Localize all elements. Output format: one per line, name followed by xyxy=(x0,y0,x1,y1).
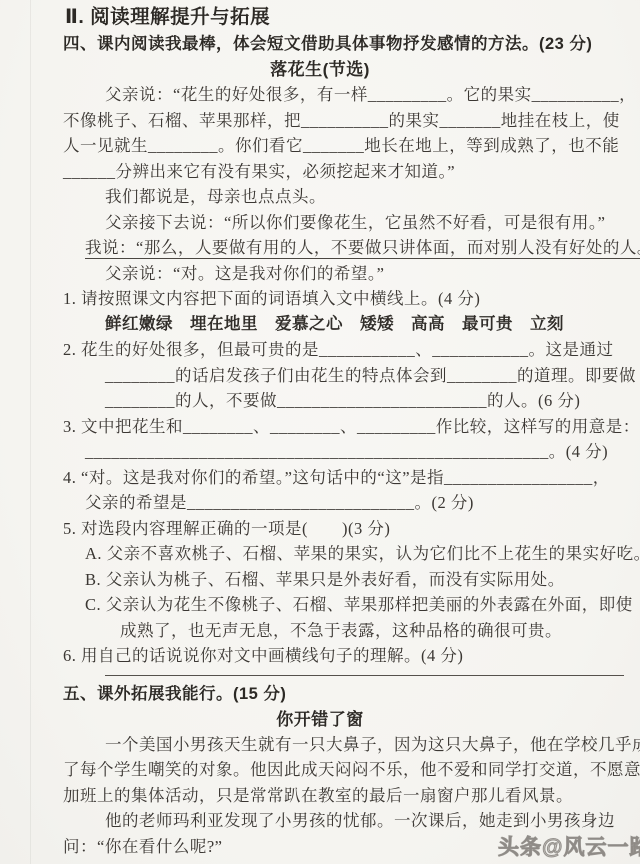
section-divider xyxy=(0,669,640,681)
question-5-option-c-line: 成熟了，也无声无息，不急于表露，这种品格的确很可贵。 xyxy=(0,618,640,644)
question-5-option-b: B. 父亲认为桃子、石榴、苹果只是外表好看，而没有实际用处。 xyxy=(0,567,640,593)
question-3: 3. 文中把花生和________、________、_________作比较，… xyxy=(0,414,640,440)
passage-line: 不像桃子、石榴、苹果那样，把__________的果实_______地挂在枝上，… xyxy=(0,108,640,134)
watermark: 头条@风云一路 xyxy=(498,831,640,861)
story-title: 你开错了窗 xyxy=(0,707,640,732)
passage-underlined-sentence: 我说：“那么，人要做有用的人，不要做只讲体面，而对别人没有好处的人。” xyxy=(0,235,640,261)
passage-line: 父亲接下去说：“所以你们要像花生，它虽然不好看，可是很有用。” xyxy=(0,210,640,236)
question-1: 1. 请按照课文内容把下面的词语填入文中横线上。(4 分) xyxy=(0,286,640,312)
passage-line: 父亲说：“对。这是我对你们的希望。” xyxy=(0,261,640,287)
story-line: 加班上的集体活动，只是常常趴在教室的最后一扇窗户那儿看风景。 xyxy=(0,783,640,809)
part-5-heading: 五、课外拓展我能行。(15 分) xyxy=(0,681,640,707)
story-line: 他的老师玛利亚发现了小男孩的忧郁。一次课后，她走到小男孩身边 xyxy=(0,808,640,834)
question-6: 6. 用自己的话说说你对文中画横线句子的理解。(4 分) xyxy=(0,643,640,669)
question-4: 4. “对。这是我对你们的希望。”这句话中的“这”是指_____________… xyxy=(0,465,640,491)
story-line: 了每个学生嘲笑的对象。他因此成天闷闷不乐，他不爱和同学打交道，不愿意参 xyxy=(0,757,640,783)
passage-line: 父亲说：“花生的好处很多，有一样_________。它的果实__________… xyxy=(0,82,640,108)
question-2-line: ________的人，不要做________________________的人… xyxy=(0,388,640,414)
question-5-option-c: C. 父亲认为花生不像桃子、石榴、苹果那样把美丽的外表露在外面，即使 xyxy=(0,592,640,618)
section-2-heading: Ⅱ. 阅读理解提升与拓展 xyxy=(0,4,640,31)
passage-line: ______分辨出来它有没有果实，必须挖起来才知道。” xyxy=(0,159,640,185)
passage-title: 落花生(节选) xyxy=(0,57,640,82)
question-5: 5. 对选段内容理解正确的一项是( )(3 分) xyxy=(0,516,640,542)
document-lines: Ⅱ. 阅读理解提升与拓展四、课内阅读我最棒，体会短文借助具体事物抒发感情的方法。… xyxy=(0,0,640,859)
story-line: 一个美国小男孩天生就有一只大鼻子，因为这只大鼻子，他在学校几乎成 xyxy=(0,732,640,758)
question-5-option-a: A. 父亲不喜欢桃子、石榴、苹果的果实，认为它们比不上花生的果实好吃。 xyxy=(0,541,640,567)
part-4-heading: 四、课内阅读我最棒，体会短文借助具体事物抒发感情的方法。(23 分) xyxy=(0,31,640,57)
question-2-line: ________的话启发孩子们由花生的特点体会到________的道理。即要做 xyxy=(0,363,640,389)
question-4-line: 父亲的希望是__________________________。(2 分) xyxy=(0,490,640,516)
worksheet-page: Ⅱ. 阅读理解提升与拓展四、课内阅读我最棒，体会短文借助具体事物抒发感情的方法。… xyxy=(0,0,640,864)
passage-line: 我们都说是，母亲也点点头。 xyxy=(0,184,640,210)
question-2: 2. 花生的好处很多，但最可贵的是___________、___________… xyxy=(0,337,640,363)
question-3-line: ________________________________________… xyxy=(0,439,640,465)
word-bank: 鲜红嫩绿 埋在地里 爱慕之心 矮矮 高高 最可贵 立刻 xyxy=(0,312,640,338)
passage-line: 人一见就生________。你们看它_______地长在地上，等到成熟了，也不能 xyxy=(0,133,640,159)
